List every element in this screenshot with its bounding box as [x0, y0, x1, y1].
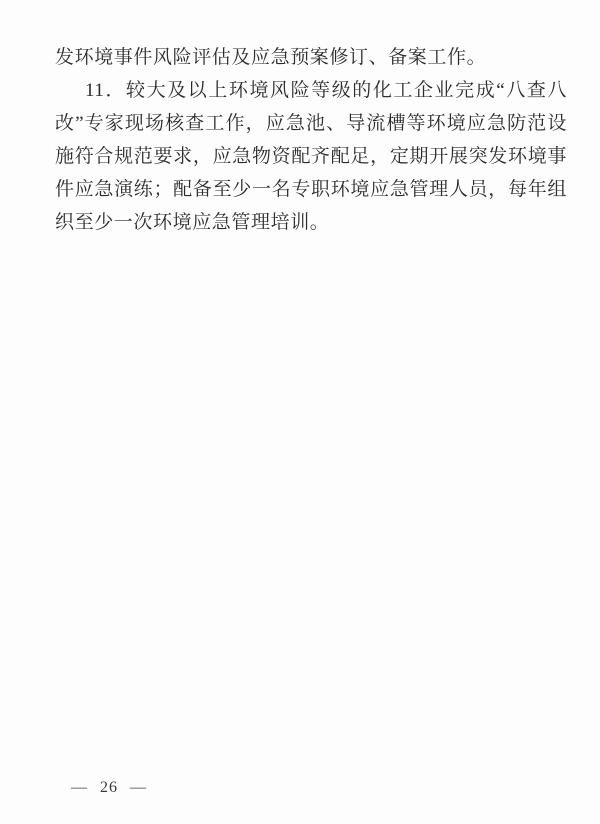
body-text: 发环境事件风险评估及应急预案修订、备案工作。 11．较大及以上环境风险等级的化工… — [55, 41, 567, 239]
page-number: — 26 — — [71, 779, 147, 797]
paragraph-item-11: 11．较大及以上环境风险等级的化工企业完成“八查八改”专家现场核查工作，应急池、… — [55, 74, 567, 239]
document-page: 发环境事件风险评估及应急预案修订、备案工作。 11．较大及以上环境风险等级的化工… — [0, 0, 600, 824]
paragraph-continuation: 发环境事件风险评估及应急预案修订、备案工作。 — [55, 41, 567, 74]
